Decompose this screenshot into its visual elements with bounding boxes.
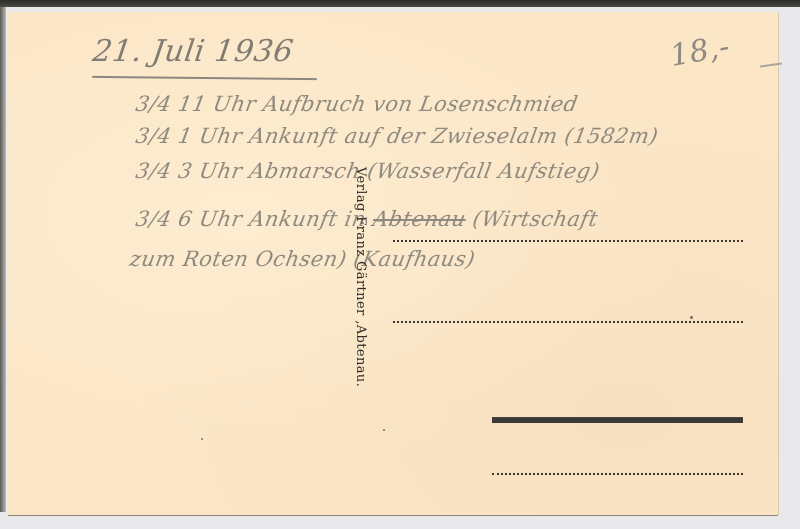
itinerary-time: 3/4 3 (134, 159, 195, 183)
scanner-left-edge (0, 7, 6, 512)
publisher-imprint: Verlag Franz Gärtner ,Abtenau. (353, 167, 368, 387)
address-line (492, 473, 743, 475)
itinerary-text: Uhr Ankunft auf der Zwieselalm (1582m) (197, 124, 660, 148)
handwritten-price: 18,- (667, 29, 732, 74)
address-line (393, 321, 743, 323)
itinerary-line: zum Roten Ochsen) (Kaufhaus) (128, 247, 477, 271)
paper-speck (690, 316, 693, 319)
paper-speck (383, 429, 385, 431)
itinerary-line: 3/4 11 Uhr Aufbruch von Losenschmied (134, 92, 580, 116)
struck-through-word: Abtenau (371, 207, 468, 231)
paper-speck (201, 438, 203, 440)
itinerary-text: Uhr Abmarsch (Wasserfall Aufstieg) (197, 159, 601, 183)
scanner-top-edge (0, 0, 800, 7)
itinerary-time: 3/4 1 (134, 124, 195, 148)
itinerary-line: 3/4 1 Uhr Ankunft auf der Zwieselalm (15… (134, 124, 660, 148)
price-dash (760, 62, 782, 67)
handwritten-date: 21. Juli 1936 (91, 34, 296, 69)
itinerary-text: (Wirtschaft (464, 207, 600, 231)
itinerary-text: Uhr Aufbruch von Losenschmied (211, 92, 580, 116)
address-line-thick (492, 417, 743, 423)
itinerary-text: zum Roten Ochsen) (Kaufhaus) (128, 247, 477, 271)
address-line (393, 240, 743, 242)
itinerary-text: Uhr Ankunft in (197, 207, 375, 231)
postcard-back: 21. Juli 1936 18,- 3/4 11 Uhr Aufbruch v… (8, 12, 778, 515)
itinerary-time: 3/4 6 (134, 207, 195, 231)
date-underline (92, 76, 317, 80)
itinerary-time: 3/4 11 (134, 92, 208, 116)
